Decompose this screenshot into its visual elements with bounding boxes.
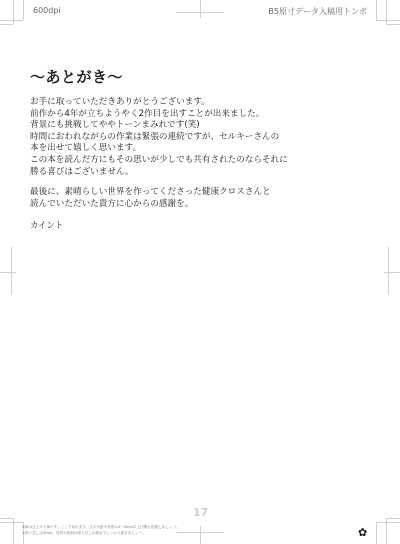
text-line: 前作から4年が立ちようやく2作目を出すことが出来ました。 xyxy=(30,109,368,121)
afterword-section: ～あとがき～ お手に取っていただきありがとうございます。 前作から4年が立ちよう… xyxy=(28,66,368,231)
text-line: 時間におわれながらの作業は緊張の連続ですが、セルキーさんの xyxy=(30,132,368,144)
afterword-paragraph-2: 最後に、素晴らしい世界を作ってくださった健康クロスさんと 読んでいただいた貴方に… xyxy=(30,187,368,210)
text-line: お手に取っていただきありがとうございます。 xyxy=(30,97,368,109)
resolution-label: 600dpi xyxy=(33,6,61,15)
print-note: ※塗り足しは3mm。背景や絵柄は塗り足しの端までしっかり描きましょう。 xyxy=(22,531,180,537)
text-line: 読んでいただいた貴方に心からの感謝を。 xyxy=(30,199,368,211)
text-line: 最後に、素晴らしい世界を作ってくださった健康クロスさんと xyxy=(30,187,368,199)
afterword-paragraph-1: お手に取っていただきありがとうございます。 前作から4年が立ちようやく2作目を出… xyxy=(30,97,368,178)
print-notes: ※線は仕上がり線です。ここで切れます。文字や絵や背景は3～5mm以上内側に配置し… xyxy=(22,525,180,536)
template-label: B5原寸データ入稿用トンボ xyxy=(268,6,367,17)
flower-logo-icon: ✿ xyxy=(358,527,367,538)
author-signature: カイント xyxy=(30,219,368,231)
text-line: 本を出せて嬉しく思います。 xyxy=(30,143,368,155)
print-note: ※線は仕上がり線です。ここで切れます。文字や絵や背景は3～5mm以上内側に配置し… xyxy=(22,525,180,531)
manga-page: 600dpi B5原寸データ入稿用トンボ xyxy=(0,0,400,544)
afterword-title: ～あとがき～ xyxy=(30,66,368,87)
text-line: 勝る喜びはございません。 xyxy=(30,167,368,179)
text-line: この本を読んだ方にもその思いが少しでも共有されたのならそれに xyxy=(30,155,368,167)
text-line: 背景にも挑戦してややトーンまみれです(笑) xyxy=(30,120,368,132)
page-number: 17 xyxy=(193,506,208,519)
